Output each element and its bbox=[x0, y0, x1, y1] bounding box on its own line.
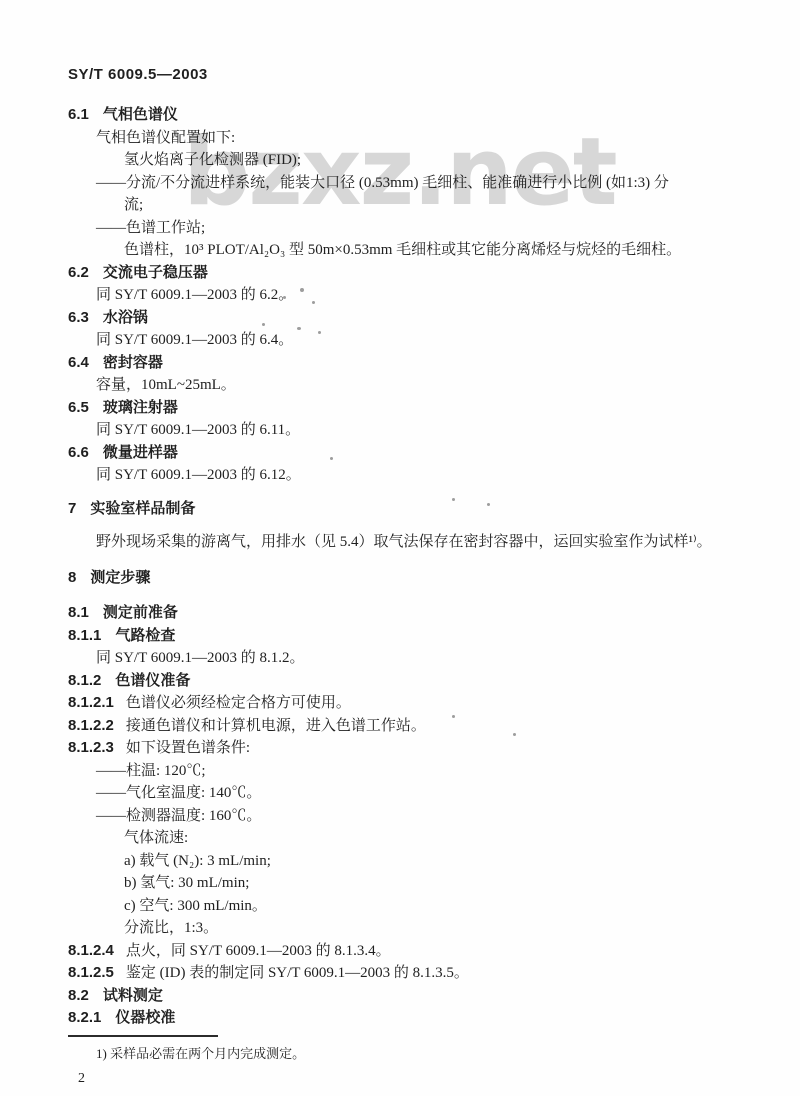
text-line: 野外现场采集的游离气，用排水（见 5.4）取气法保存在密封容器中，运回实验室作为… bbox=[68, 531, 758, 554]
text-line: 同 SY/T 6009.1—2003 的 6.12。 bbox=[68, 464, 758, 487]
line-text: b) 氢气: 30 mL/min; bbox=[124, 875, 249, 891]
clause-line-8.1.2.3: 8.1.2.3如下设置色谱条件: bbox=[68, 737, 758, 760]
clause-line-8.1: 8.1测定前准备 bbox=[68, 602, 758, 625]
text-line: ——气化室温度: 140℃。 bbox=[68, 782, 758, 805]
clause-line-6.6: 6.6微量进样器 bbox=[68, 442, 758, 465]
line-text: 色谱仪准备 bbox=[115, 672, 190, 689]
text-line: ——色谱工作站; bbox=[68, 217, 758, 240]
clause-number: 8.1.2 bbox=[68, 672, 101, 689]
line-text: 如下设置色谱条件: bbox=[126, 740, 250, 756]
clause-number: 6.6 bbox=[68, 444, 89, 461]
line-text: ——气化室温度: 140℃。 bbox=[96, 785, 261, 801]
footnote-text: 1) 采样品必需在两个月内完成测定。 bbox=[68, 1045, 758, 1063]
clause-line-6.2: 6.2交流电子稳压器 bbox=[68, 262, 758, 285]
clause-line-6.1: 6.1气相色谱仪 bbox=[68, 104, 758, 127]
line-text: 容量，10mL~25mL。 bbox=[96, 377, 236, 393]
text-line: 同 SY/T 6009.1—2003 的 6.2。 bbox=[68, 284, 758, 307]
line-text: 仪器校准 bbox=[115, 1009, 175, 1026]
clause-number: 8.1.1 bbox=[68, 627, 101, 644]
scan-noise-speck bbox=[283, 296, 286, 299]
line-text: 气相色谱仪配置如下: bbox=[96, 130, 235, 146]
line-text: 同 SY/T 6009.1—2003 的 6.2。 bbox=[96, 287, 293, 303]
line-text: 点火，同 SY/T 6009.1—2003 的 8.1.3.4。 bbox=[126, 943, 391, 959]
clause-number: 6.4 bbox=[68, 354, 89, 371]
page-number: 2 bbox=[68, 1071, 758, 1087]
document-body-lines: 6.1气相色谱仪气相色谱仪配置如下:氢火焰离子化检测器 (FID);——分流/不… bbox=[68, 104, 758, 1030]
line-text: 水浴锅 bbox=[103, 309, 148, 326]
clause-number: 8.1.2.1 bbox=[68, 694, 114, 711]
line-text: ——柱温: 120℃; bbox=[96, 763, 206, 779]
clause-number: 6.2 bbox=[68, 264, 89, 281]
clause-line-8.1.2.1: 8.1.2.1色谱仪必须经检定合格方可使用。 bbox=[68, 692, 758, 715]
clause-line-8.2: 8.2试料测定 bbox=[68, 985, 758, 1008]
line-text: ——色谱工作站; bbox=[96, 220, 205, 236]
text-line: 流; bbox=[68, 194, 758, 217]
document-content: SY/T 6009.5—2003 6.1气相色谱仪气相色谱仪配置如下:氢火焰离子… bbox=[68, 64, 758, 1087]
scan-noise-speck bbox=[487, 503, 490, 506]
line-text: 试料测定 bbox=[103, 987, 163, 1004]
line-text: 氢火焰离子化检测器 (FID); bbox=[124, 152, 301, 168]
line-text: 气路检查 bbox=[115, 627, 175, 644]
line-text: 色谱仪必须经检定合格方可使用。 bbox=[126, 695, 351, 711]
line-text: 测定步骤 bbox=[90, 569, 150, 586]
footnote-divider bbox=[68, 1035, 218, 1037]
scan-noise-speck bbox=[452, 715, 455, 718]
clause-number: 8.1.2.5 bbox=[68, 964, 114, 981]
line-text: 气相色谱仪 bbox=[103, 106, 178, 123]
clause-number: 8.1.2.4 bbox=[68, 942, 114, 959]
clause-line-8.1.2.4: 8.1.2.4点火，同 SY/T 6009.1—2003 的 8.1.3.4。 bbox=[68, 940, 758, 963]
scan-noise-speck bbox=[262, 323, 265, 326]
text-line: b) 氢气: 30 mL/min; bbox=[68, 872, 758, 895]
line-text: 流; bbox=[124, 197, 143, 213]
text-line: ——检测器温度: 160℃。 bbox=[68, 805, 758, 828]
scan-noise-speck bbox=[330, 457, 333, 460]
clause-number: 6.1 bbox=[68, 106, 89, 123]
text-line: 同 SY/T 6009.1—2003 的 6.4。 bbox=[68, 329, 758, 352]
line-text: 鉴定 (ID) 表的制定同 SY/T 6009.1—2003 的 8.1.3.5… bbox=[126, 965, 469, 981]
clause-number: 8.1.2.2 bbox=[68, 717, 114, 734]
clause-line-8.1.2: 8.1.2色谱仪准备 bbox=[68, 670, 758, 693]
line-text: 野外现场采集的游离气，用排水（见 5.4）取气法保存在密封容器中，运回实验室作为… bbox=[96, 534, 712, 550]
clause-number: 8 bbox=[68, 569, 76, 586]
scanned-document-page: bzxz.net SY/T 6009.5—2003 6.1气相色谱仪气相色谱仪配… bbox=[0, 0, 800, 1096]
text-line: 氢火焰离子化检测器 (FID); bbox=[68, 149, 758, 172]
clause-line-6.4: 6.4密封容器 bbox=[68, 352, 758, 375]
line-text: 色谱柱，10³ PLOT/Al₂O₃ 型 50m×0.53mm 毛细柱或其它能分… bbox=[124, 242, 681, 258]
text-line: c) 空气: 300 mL/min。 bbox=[68, 895, 758, 918]
clause-number: 8.2.1 bbox=[68, 1009, 101, 1026]
line-text: ——检测器温度: 160℃。 bbox=[96, 808, 261, 824]
clause-number: 6.5 bbox=[68, 399, 89, 416]
line-text: 同 SY/T 6009.1—2003 的 6.4。 bbox=[96, 332, 293, 348]
line-text: 实验室样品制备 bbox=[90, 500, 195, 517]
scan-noise-speck bbox=[452, 498, 455, 501]
line-text: 交流电子稳压器 bbox=[103, 264, 208, 281]
scan-noise-speck bbox=[318, 331, 321, 334]
clause-line-6.5: 6.5玻璃注射器 bbox=[68, 397, 758, 420]
text-line: 同 SY/T 6009.1—2003 的 6.11。 bbox=[68, 419, 758, 442]
clause-number: 7 bbox=[68, 500, 76, 517]
line-text: 接通色谱仪和计算机电源，进入色谱工作站。 bbox=[126, 718, 426, 734]
line-text: 气体流速: bbox=[124, 830, 188, 846]
text-line: ——分流/不分流进样系统，能装大口径 (0.53mm) 毛细柱、能准确进行小比例… bbox=[68, 172, 758, 195]
line-text: 测定前准备 bbox=[103, 604, 178, 621]
clause-line-8.2.1: 8.2.1仪器校准 bbox=[68, 1007, 758, 1030]
text-line: 容量，10mL~25mL。 bbox=[68, 374, 758, 397]
text-line: ——柱温: 120℃; bbox=[68, 760, 758, 783]
text-line: 分流比，1:3。 bbox=[68, 917, 758, 940]
text-line: 气体流速: bbox=[68, 827, 758, 850]
text-line: a) 载气 (N₂): 3 mL/min; bbox=[68, 850, 758, 873]
line-text: 分流比，1:3。 bbox=[124, 920, 218, 936]
text-line: 气相色谱仪配置如下: bbox=[68, 127, 758, 150]
scan-noise-speck bbox=[300, 288, 304, 292]
line-text: 同 SY/T 6009.1—2003 的 6.11。 bbox=[96, 422, 300, 438]
line-text: 微量进样器 bbox=[103, 444, 178, 461]
clause-line-6.3: 6.3水浴锅 bbox=[68, 307, 758, 330]
line-text: ——分流/不分流进样系统，能装大口径 (0.53mm) 毛细柱、能准确进行小比例… bbox=[96, 175, 669, 191]
clause-number: 6.3 bbox=[68, 309, 89, 326]
line-text: 同 SY/T 6009.1—2003 的 8.1.2。 bbox=[96, 650, 304, 666]
text-line: 同 SY/T 6009.1—2003 的 8.1.2。 bbox=[68, 647, 758, 670]
scan-noise-speck bbox=[297, 327, 301, 330]
clause-line-8.1.1: 8.1.1气路检查 bbox=[68, 625, 758, 648]
scan-noise-speck bbox=[312, 301, 315, 304]
footnote-section: 1) 采样品必需在两个月内完成测定。 bbox=[68, 1035, 758, 1063]
line-text: 玻璃注射器 bbox=[103, 399, 178, 416]
text-line: 色谱柱，10³ PLOT/Al₂O₃ 型 50m×0.53mm 毛细柱或其它能分… bbox=[68, 239, 758, 262]
document-code-header: SY/T 6009.5—2003 bbox=[68, 64, 758, 86]
line-text: a) 载气 (N₂): 3 mL/min; bbox=[124, 853, 271, 869]
clause-line-7: 7实验室样品制备 bbox=[68, 498, 758, 521]
line-text: c) 空气: 300 mL/min。 bbox=[124, 898, 267, 914]
clause-number: 8.1.2.3 bbox=[68, 739, 114, 756]
line-text: 密封容器 bbox=[103, 354, 163, 371]
scan-noise-speck bbox=[513, 733, 516, 736]
clause-line-8: 8测定步骤 bbox=[68, 567, 758, 590]
line-text: 同 SY/T 6009.1—2003 的 6.12。 bbox=[96, 467, 301, 483]
clause-number: 8.1 bbox=[68, 604, 89, 621]
clause-number: 8.2 bbox=[68, 987, 89, 1004]
clause-line-8.1.2.5: 8.1.2.5鉴定 (ID) 表的制定同 SY/T 6009.1—2003 的 … bbox=[68, 962, 758, 985]
clause-line-8.1.2.2: 8.1.2.2接通色谱仪和计算机电源，进入色谱工作站。 bbox=[68, 715, 758, 738]
